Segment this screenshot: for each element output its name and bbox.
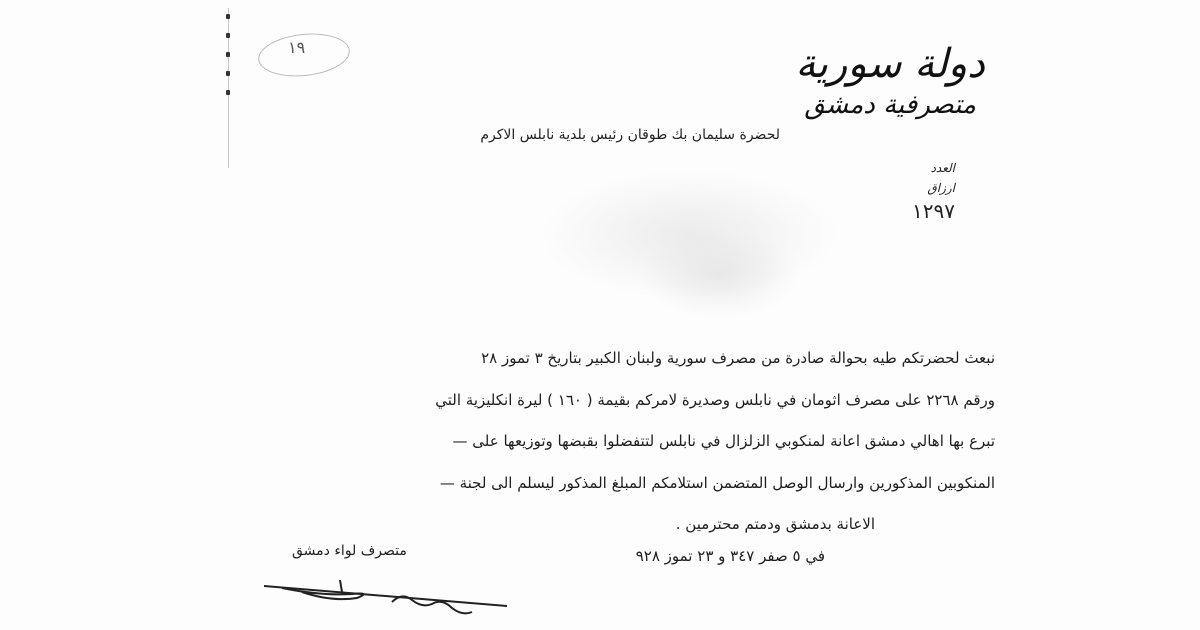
reference-subject: ارزاق bbox=[912, 178, 955, 198]
letterhead-state: دولة سورية bbox=[795, 40, 985, 88]
letter-body: نبعث لحضرتكم طيه بحوالة صادرة من مصرف سو… bbox=[215, 338, 995, 546]
body-line: تبرع بها اهالي دمشق اعانة لمنكوبي الزلزا… bbox=[215, 421, 995, 463]
scan-smudge bbox=[640, 230, 800, 320]
date-line: في ٥ صفر ٣٤٧ و ٢٣ تموز ٩٢٨ bbox=[636, 547, 825, 565]
signer-title: متصرف لواء دمشق bbox=[292, 543, 407, 559]
signature bbox=[262, 578, 512, 623]
reference-label: العدد bbox=[912, 158, 955, 178]
binding-holes bbox=[222, 14, 234, 114]
addressee-line: لحضرة سليمان بك طوقان رئيس بلدية نابلس ا… bbox=[480, 127, 780, 143]
body-line: المنكوبين المذكورين وارسال الوصل المتضمن… bbox=[215, 463, 995, 505]
letterhead: دولة سورية متصرفية دمشق bbox=[795, 40, 985, 122]
body-line: ورقم ٢٢٦٨ على مصرف اثومان في نابلس وصدير… bbox=[215, 380, 995, 422]
stamp-number: ١٩ bbox=[288, 38, 305, 57]
letterhead-office: متصرفية دمشق bbox=[795, 88, 985, 122]
reference-number: ١٢٩٧ bbox=[912, 198, 955, 224]
body-line: نبعث لحضرتكم طيه بحوالة صادرة من مصرف سو… bbox=[215, 338, 995, 380]
body-line: الاعانة بدمشق ودمتم محترمين . bbox=[215, 504, 995, 546]
reference-block: العدد ارزاق ١٢٩٧ bbox=[912, 158, 955, 224]
scanned-letter: ١٩ دولة سورية متصرفية دمشق لحضرة سليمان … bbox=[0, 0, 1200, 630]
